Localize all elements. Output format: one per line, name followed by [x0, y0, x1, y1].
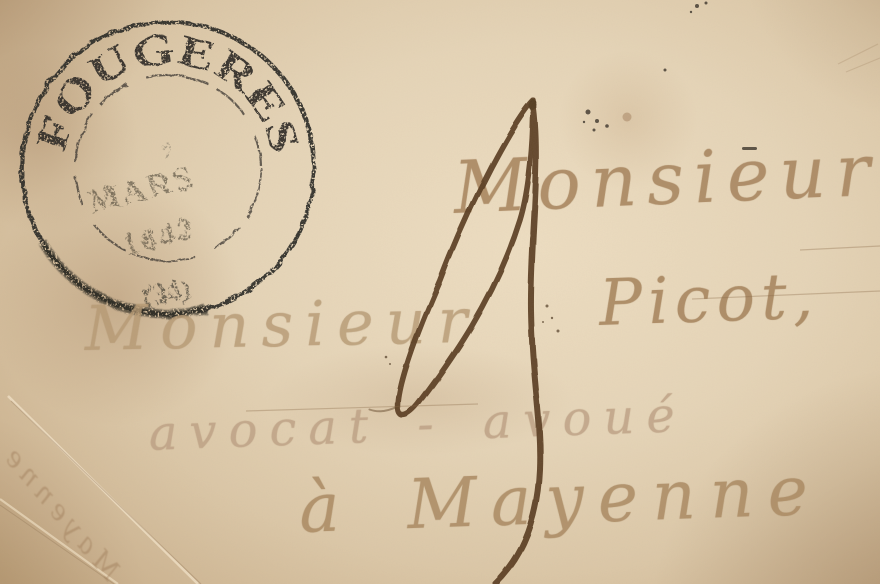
address-line-salutation: Monsieur [452, 133, 880, 224]
address-line-recipient-title: Monsieur [84, 290, 480, 360]
address-line-place: à Mayenne [298, 458, 823, 544]
address-line-recipient-name: Picot, [598, 264, 820, 336]
letter-scan: FOUGERES 7 MARS 1842 (34) Mayenne Monsie… [0, 0, 880, 584]
